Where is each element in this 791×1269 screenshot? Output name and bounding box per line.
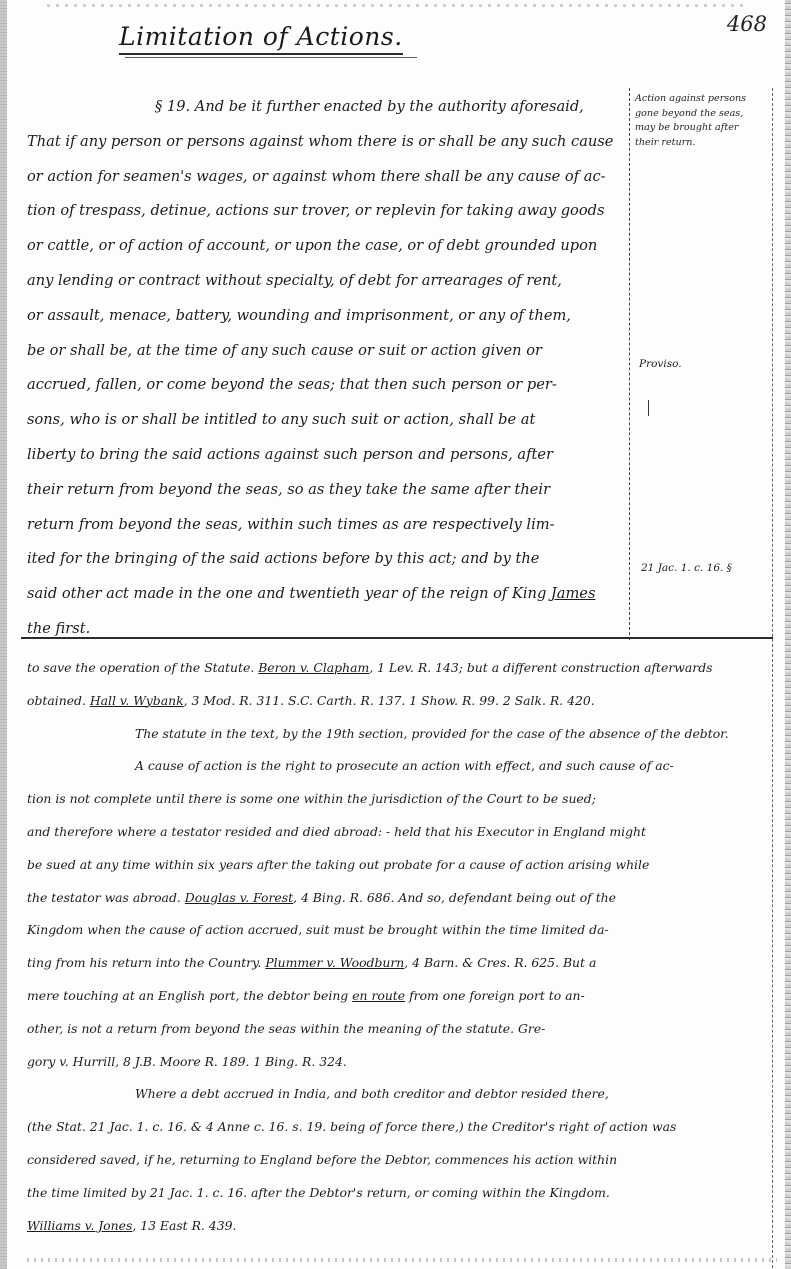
commentary-line: tion is not complete until there is some… [27,783,772,816]
margin-column-rule [629,88,630,640]
statute-line: or assault, menace, battery, wounding an… [27,299,627,334]
title-underline [125,57,417,58]
margin-note-citation: 21 Jac. 1. c. 16. § [641,562,732,574]
scan-noise-top [47,4,747,7]
margin-note-line: their return. [635,136,771,151]
commentary-line: Where a debt accrued in India, and both … [27,1078,772,1111]
commentary-line: be sued at any time within six years aft… [27,849,772,882]
right-edge-rule [772,88,773,1268]
statute-line: accrued, fallen, or come beyond the seas… [27,368,627,403]
statute-line: ited for the bringing of the said action… [27,542,627,577]
statute-line: said other act made in the one and twent… [27,577,627,612]
commentary-line: mere touching at an English port, the de… [27,980,772,1013]
statute-line: or cattle, or of action of account, or u… [27,229,627,264]
statute-line: liberty to bring the said actions agains… [27,438,627,473]
section-divider [21,637,773,639]
margin-note-line: gone beyond the seas, [635,107,771,122]
commentary-line: gory v. Hurrill, 8 J.B. Moore R. 189. 1 … [27,1046,772,1079]
commentary-line: Williams v. Jones, 13 East R. 439. [27,1210,772,1243]
commentary-line: other, is not a return from beyond the s… [27,1013,772,1046]
statute-section-19: § 19. And be it further enacted by the a… [27,90,627,647]
scan-edge-right [785,0,791,1269]
statute-line: That if any person or persons against wh… [27,125,627,160]
commentary-line: A cause of action is the right to prosec… [27,750,772,783]
commentary-line: ting from his return into the Country. P… [27,947,772,980]
commentary-line: and therefore where a testator resided a… [27,816,772,849]
margin-note-proviso: Proviso. [639,358,682,370]
margin-note-line: may be brought after [635,121,771,136]
commentary-line: the testator was abroad. Douglas v. Fore… [27,882,772,915]
statute-line: the first. [27,612,627,647]
commentary-line: (the Stat. 21 Jac. 1. c. 16. & 4 Anne c.… [27,1111,772,1144]
statute-line: their return from beyond the seas, so as… [27,473,627,508]
commentary-line: The statute in the text, by the 19th sec… [27,718,772,751]
commentary-notes: to save the operation of the Statute. Be… [27,652,772,1242]
margin-note-action-after-return: Action against persons gone beyond the s… [635,92,771,150]
scan-noise-bottom [27,1258,777,1262]
commentary-line: considered saved, if he, returning to En… [27,1144,772,1177]
statute-line: any lending or contract without specialt… [27,264,627,299]
statute-line: or action for seamen's wages, or against… [27,160,627,195]
commentary-line: to save the operation of the Statute. Be… [27,652,772,685]
commentary-line: obtained. Hall v. Wybank, 3 Mod. R. 311.… [27,685,772,718]
scan-edge-left [0,0,7,1269]
page-title: Limitation of Actions. [119,22,403,55]
manuscript-page: Limitation of Actions. 468 § 19. And be … [7,0,785,1269]
page-number: 468 [727,12,767,36]
statute-line: tion of trespass, detinue, actions sur t… [27,194,627,229]
commentary-line: Kingdom when the cause of action accrued… [27,914,772,947]
statute-line: be or shall be, at the time of any such … [27,334,627,369]
margin-tick-mark [648,400,649,416]
statute-line: return from beyond the seas, within such… [27,508,627,543]
statute-line: § 19. And be it further enacted by the a… [27,90,627,125]
commentary-line: the time limited by 21 Jac. 1. c. 16. af… [27,1177,772,1210]
statute-line: sons, who is or shall be intitled to any… [27,403,627,438]
margin-note-line: Action against persons [635,92,771,107]
